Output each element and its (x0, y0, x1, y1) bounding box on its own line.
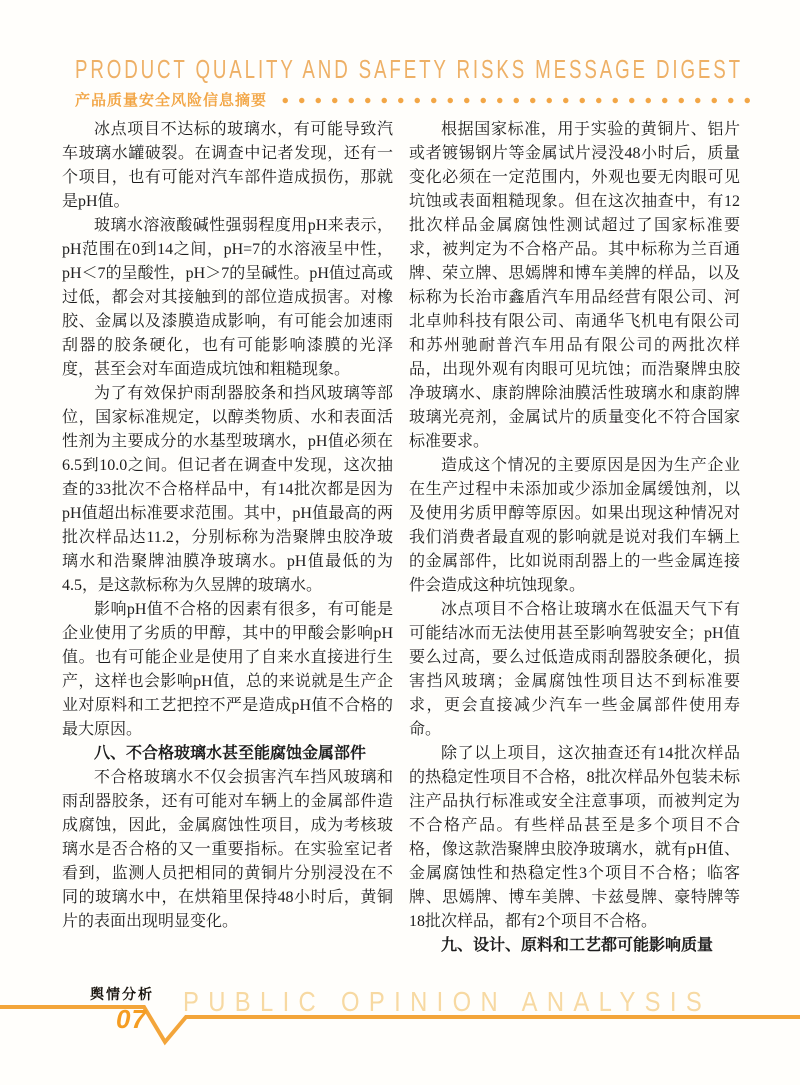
paragraph: 不合格玻璃水不仅会损害汽车挡风玻璃和雨刮器胶条，还有可能对车辆上的金属部件造成腐… (62, 766, 393, 934)
paragraph: 为了有效保护雨刮器胶条和挡风玻璃等部位，国家标准规定，以醇类物质、水和表面活性剂… (62, 382, 393, 598)
article-body: 冰点项目不达标的玻璃水，有可能导致汽车玻璃水罐破裂。在调查中记者发现，还有一个项… (62, 118, 740, 958)
header-title-chinese: 产品质量安全风险信息摘要 (75, 89, 267, 110)
page-header: PRODUCT QUALITY AND SAFETY RISKS MESSAGE… (75, 56, 755, 110)
dot-leader-decoration (277, 97, 755, 104)
paragraph: 造成这个情况的主要原因是因为生产企业在生产过程中未添加或少添加金属缓蚀剂，以及使… (409, 454, 740, 598)
header-subtitle-row: 产品质量安全风险信息摘要 (75, 89, 755, 110)
left-column: 冰点项目不达标的玻璃水，有可能导致汽车玻璃水罐破裂。在调查中记者发现，还有一个项… (62, 118, 393, 958)
footer-section-label-chinese: 舆情分析 (90, 984, 154, 1004)
paragraph: 影响pH值不合格的因素有很多，有可能是企业使用了劣质的甲醇，其中的甲酸会影响pH… (62, 598, 393, 742)
magazine-page: PRODUCT QUALITY AND SAFETY RISKS MESSAGE… (0, 0, 800, 1085)
section-heading-9: 九、设计、原料和工艺都可能影响质量 (409, 934, 740, 958)
paragraph: 根据国家标准，用于实验的黄铜片、铝片或者镀锡钢片等金属试片浸没48小时后，质量变… (409, 118, 740, 454)
page-number: 07 (116, 1006, 147, 1032)
footer-section-label-english: PUBLIC OPINION ANALYSIS (183, 988, 711, 1016)
paragraph: 冰点项目不合格让玻璃水在低温天气下有可能结冰而无法使用甚至影响驾驶安全；pH值要… (409, 598, 740, 742)
paragraph: 玻璃水溶液酸碱性强弱程度用pH来表示，pH范围在0到14之间，pH=7的水溶液呈… (62, 214, 393, 382)
paragraph: 除了以上项目，这次抽查还有14批次样品的热稳定性项目不合格，8批次样品外包装未标… (409, 742, 740, 934)
header-title-english: PRODUCT QUALITY AND SAFETY RISKS MESSAGE… (75, 56, 565, 82)
section-heading-8: 八、不合格玻璃水甚至能腐蚀金属部件 (62, 742, 393, 766)
paragraph: 冰点项目不达标的玻璃水，有可能导致汽车玻璃水罐破裂。在调查中记者发现，还有一个项… (62, 118, 393, 214)
right-column: 根据国家标准，用于实验的黄铜片、铝片或者镀锡钢片等金属试片浸没48小时后，质量变… (409, 118, 740, 958)
